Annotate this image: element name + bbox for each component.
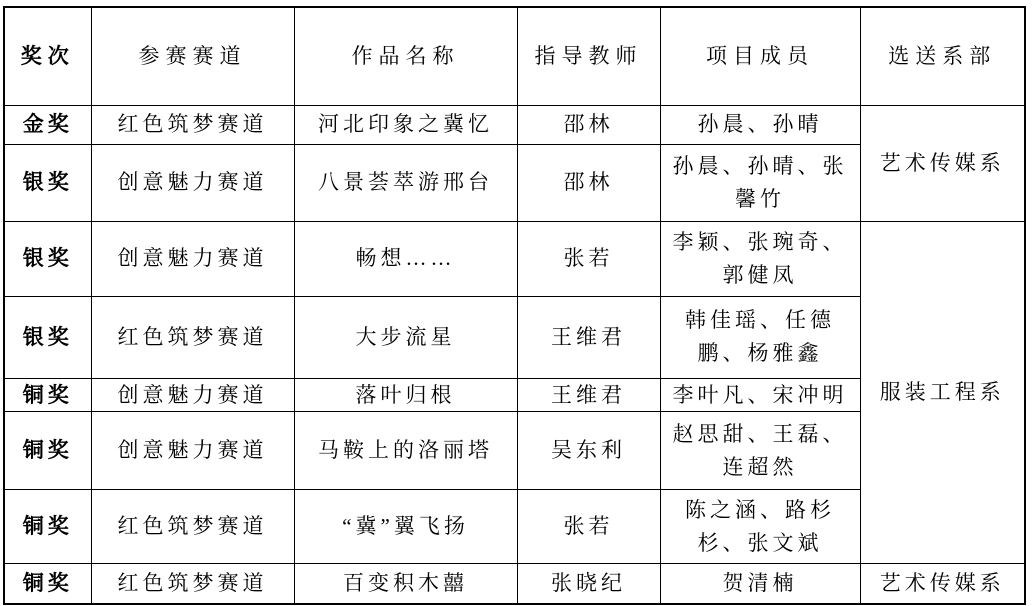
- col-header-teacher: 指导教师: [517, 7, 660, 105]
- teacher-cell: 王维君: [517, 378, 660, 412]
- teacher-cell: 张若: [517, 221, 660, 296]
- track-cell: 红色筑梦赛道: [91, 105, 294, 144]
- members-cell: 陈之涵、路杉杉、张文斌: [660, 490, 860, 564]
- teacher-cell: 王维君: [517, 296, 660, 378]
- table-row: 银奖创意魅力赛道畅想……张若李颖、张琬奇、郭健凤服装工程系: [4, 221, 1025, 296]
- award-cell: 银奖: [4, 144, 91, 221]
- department-cell: 艺术传媒系: [860, 105, 1025, 221]
- track-cell: 红色筑梦赛道: [91, 490, 294, 564]
- work-title-cell: 畅想……: [294, 221, 517, 296]
- award-cell: 铜奖: [4, 564, 91, 604]
- members-cell: 李叶凡、宋冲明: [660, 378, 860, 412]
- award-cell: 银奖: [4, 221, 91, 296]
- members-cell: 贺清楠: [660, 564, 860, 604]
- work-title-cell: 河北印象之冀忆: [294, 105, 517, 144]
- track-cell: 创意魅力赛道: [91, 144, 294, 221]
- col-header-work: 作品名称: [294, 7, 517, 105]
- teacher-cell: 邵林: [517, 144, 660, 221]
- awards-table: 奖次 参赛赛道 作品名称 指导教师 项目成员 选送系部 金奖红色筑梦赛道河北印象…: [3, 6, 1026, 605]
- award-cell: 铜奖: [4, 490, 91, 564]
- department-cell: 服装工程系: [860, 221, 1025, 564]
- col-header-members: 项目成员: [660, 7, 860, 105]
- department-cell: 艺术传媒系: [860, 564, 1025, 604]
- work-title-cell: 落叶归根: [294, 378, 517, 412]
- work-title-cell: 马鞍上的洛丽塔: [294, 412, 517, 490]
- members-cell: 孙晨、孙晴: [660, 105, 860, 144]
- col-header-award: 奖次: [4, 7, 91, 105]
- work-title-cell: 大步流星: [294, 296, 517, 378]
- award-cell: 银奖: [4, 296, 91, 378]
- track-cell: 创意魅力赛道: [91, 221, 294, 296]
- members-cell: 赵思甜、王磊、连超然: [660, 412, 860, 490]
- table-row: 金奖红色筑梦赛道河北印象之冀忆邵林孙晨、孙晴艺术传媒系: [4, 105, 1025, 144]
- table-row: 铜奖红色筑梦赛道百变积木囍张晓纪贺清楠艺术传媒系: [4, 564, 1025, 604]
- document-page: 奖次 参赛赛道 作品名称 指导教师 项目成员 选送系部 金奖红色筑梦赛道河北印象…: [0, 0, 1032, 606]
- track-cell: 创意魅力赛道: [91, 378, 294, 412]
- award-cell: 铜奖: [4, 378, 91, 412]
- members-cell: 孙晨、孙晴、张馨竹: [660, 144, 860, 221]
- teacher-cell: 吴东利: [517, 412, 660, 490]
- members-cell: 李颖、张琬奇、郭健凤: [660, 221, 860, 296]
- track-cell: 红色筑梦赛道: [91, 564, 294, 604]
- teacher-cell: 张晓纪: [517, 564, 660, 604]
- track-cell: 创意魅力赛道: [91, 412, 294, 490]
- award-cell: 铜奖: [4, 412, 91, 490]
- teacher-cell: 张若: [517, 490, 660, 564]
- track-cell: 红色筑梦赛道: [91, 296, 294, 378]
- col-header-track: 参赛赛道: [91, 7, 294, 105]
- members-cell: 韩佳瑶、任德鹏、杨雅鑫: [660, 296, 860, 378]
- awards-table-body: 金奖红色筑梦赛道河北印象之冀忆邵林孙晨、孙晴艺术传媒系银奖创意魅力赛道八景荟萃游…: [4, 105, 1025, 604]
- work-title-cell: “冀”翼飞扬: [294, 490, 517, 564]
- award-cell: 金奖: [4, 105, 91, 144]
- header-row: 奖次 参赛赛道 作品名称 指导教师 项目成员 选送系部: [4, 7, 1025, 105]
- work-title-cell: 八景荟萃游邢台: [294, 144, 517, 221]
- col-header-department: 选送系部: [860, 7, 1025, 105]
- teacher-cell: 邵林: [517, 105, 660, 144]
- work-title-cell: 百变积木囍: [294, 564, 517, 604]
